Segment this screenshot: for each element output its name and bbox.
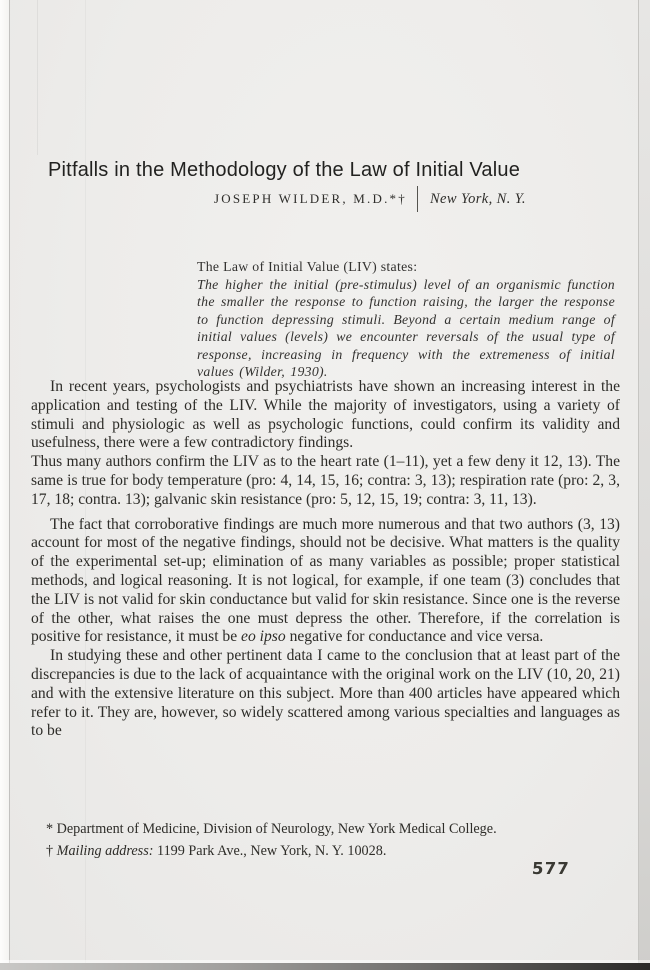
article-body: In recent years, psychologists and psych…: [31, 378, 620, 741]
liv-statement-lead: The Law of Initial Value (LIV) states:: [197, 258, 615, 276]
paragraph-1: In recent years, psychologists and psych…: [31, 378, 620, 453]
footnotes: * Department of Medicine, Division of Ne…: [46, 819, 621, 862]
footnote-affiliation: * Department of Medicine, Division of Ne…: [46, 819, 621, 841]
byline: JOSEPH WILDER, M.D.*† New York, N. Y.: [214, 186, 526, 212]
liv-statement-block: The Law of Initial Value (LIV) states: T…: [197, 258, 615, 381]
scan-left-edge-line: [9, 0, 10, 970]
paragraph-2: Thus many authors confirm the LIV as to …: [31, 453, 620, 509]
scanned-journal-page: Pitfalls in the Methodology of the Law o…: [0, 0, 650, 970]
byline-separator-rule: [417, 186, 418, 212]
paragraph-3-text-end: negative for conductance and vice versa.: [286, 628, 544, 645]
paragraph-3-latin-phrase: eo ipso: [241, 628, 286, 645]
scan-left-margin: [0, 0, 9, 970]
page-number: 577: [531, 859, 570, 878]
paragraph-3: The fact that corroborative findings are…: [31, 516, 620, 648]
paper-crease-top: [37, 0, 38, 155]
scan-right-edge-band: [638, 0, 650, 970]
footnote-affiliation-text: Department of Medicine, Division of Neur…: [53, 821, 497, 837]
byline-location: New York, N. Y.: [430, 191, 526, 208]
article-title: Pitfalls in the Methodology of the Law o…: [48, 159, 520, 182]
byline-author: JOSEPH WILDER, M.D.*†: [214, 191, 407, 207]
scan-bottom-shadow: [0, 963, 650, 970]
footnote-mailing-label: Mailing address:: [53, 843, 153, 859]
paragraph-4: In studying these and other pertinent da…: [31, 647, 620, 741]
liv-statement-quote: The higher the initial (pre-stimulus) le…: [197, 276, 615, 381]
footnote-mailing-text: 1199 Park Ave., New York, N. Y. 10028.: [153, 843, 386, 859]
paragraph-3-text: The fact that corroborative findings are…: [31, 516, 620, 646]
